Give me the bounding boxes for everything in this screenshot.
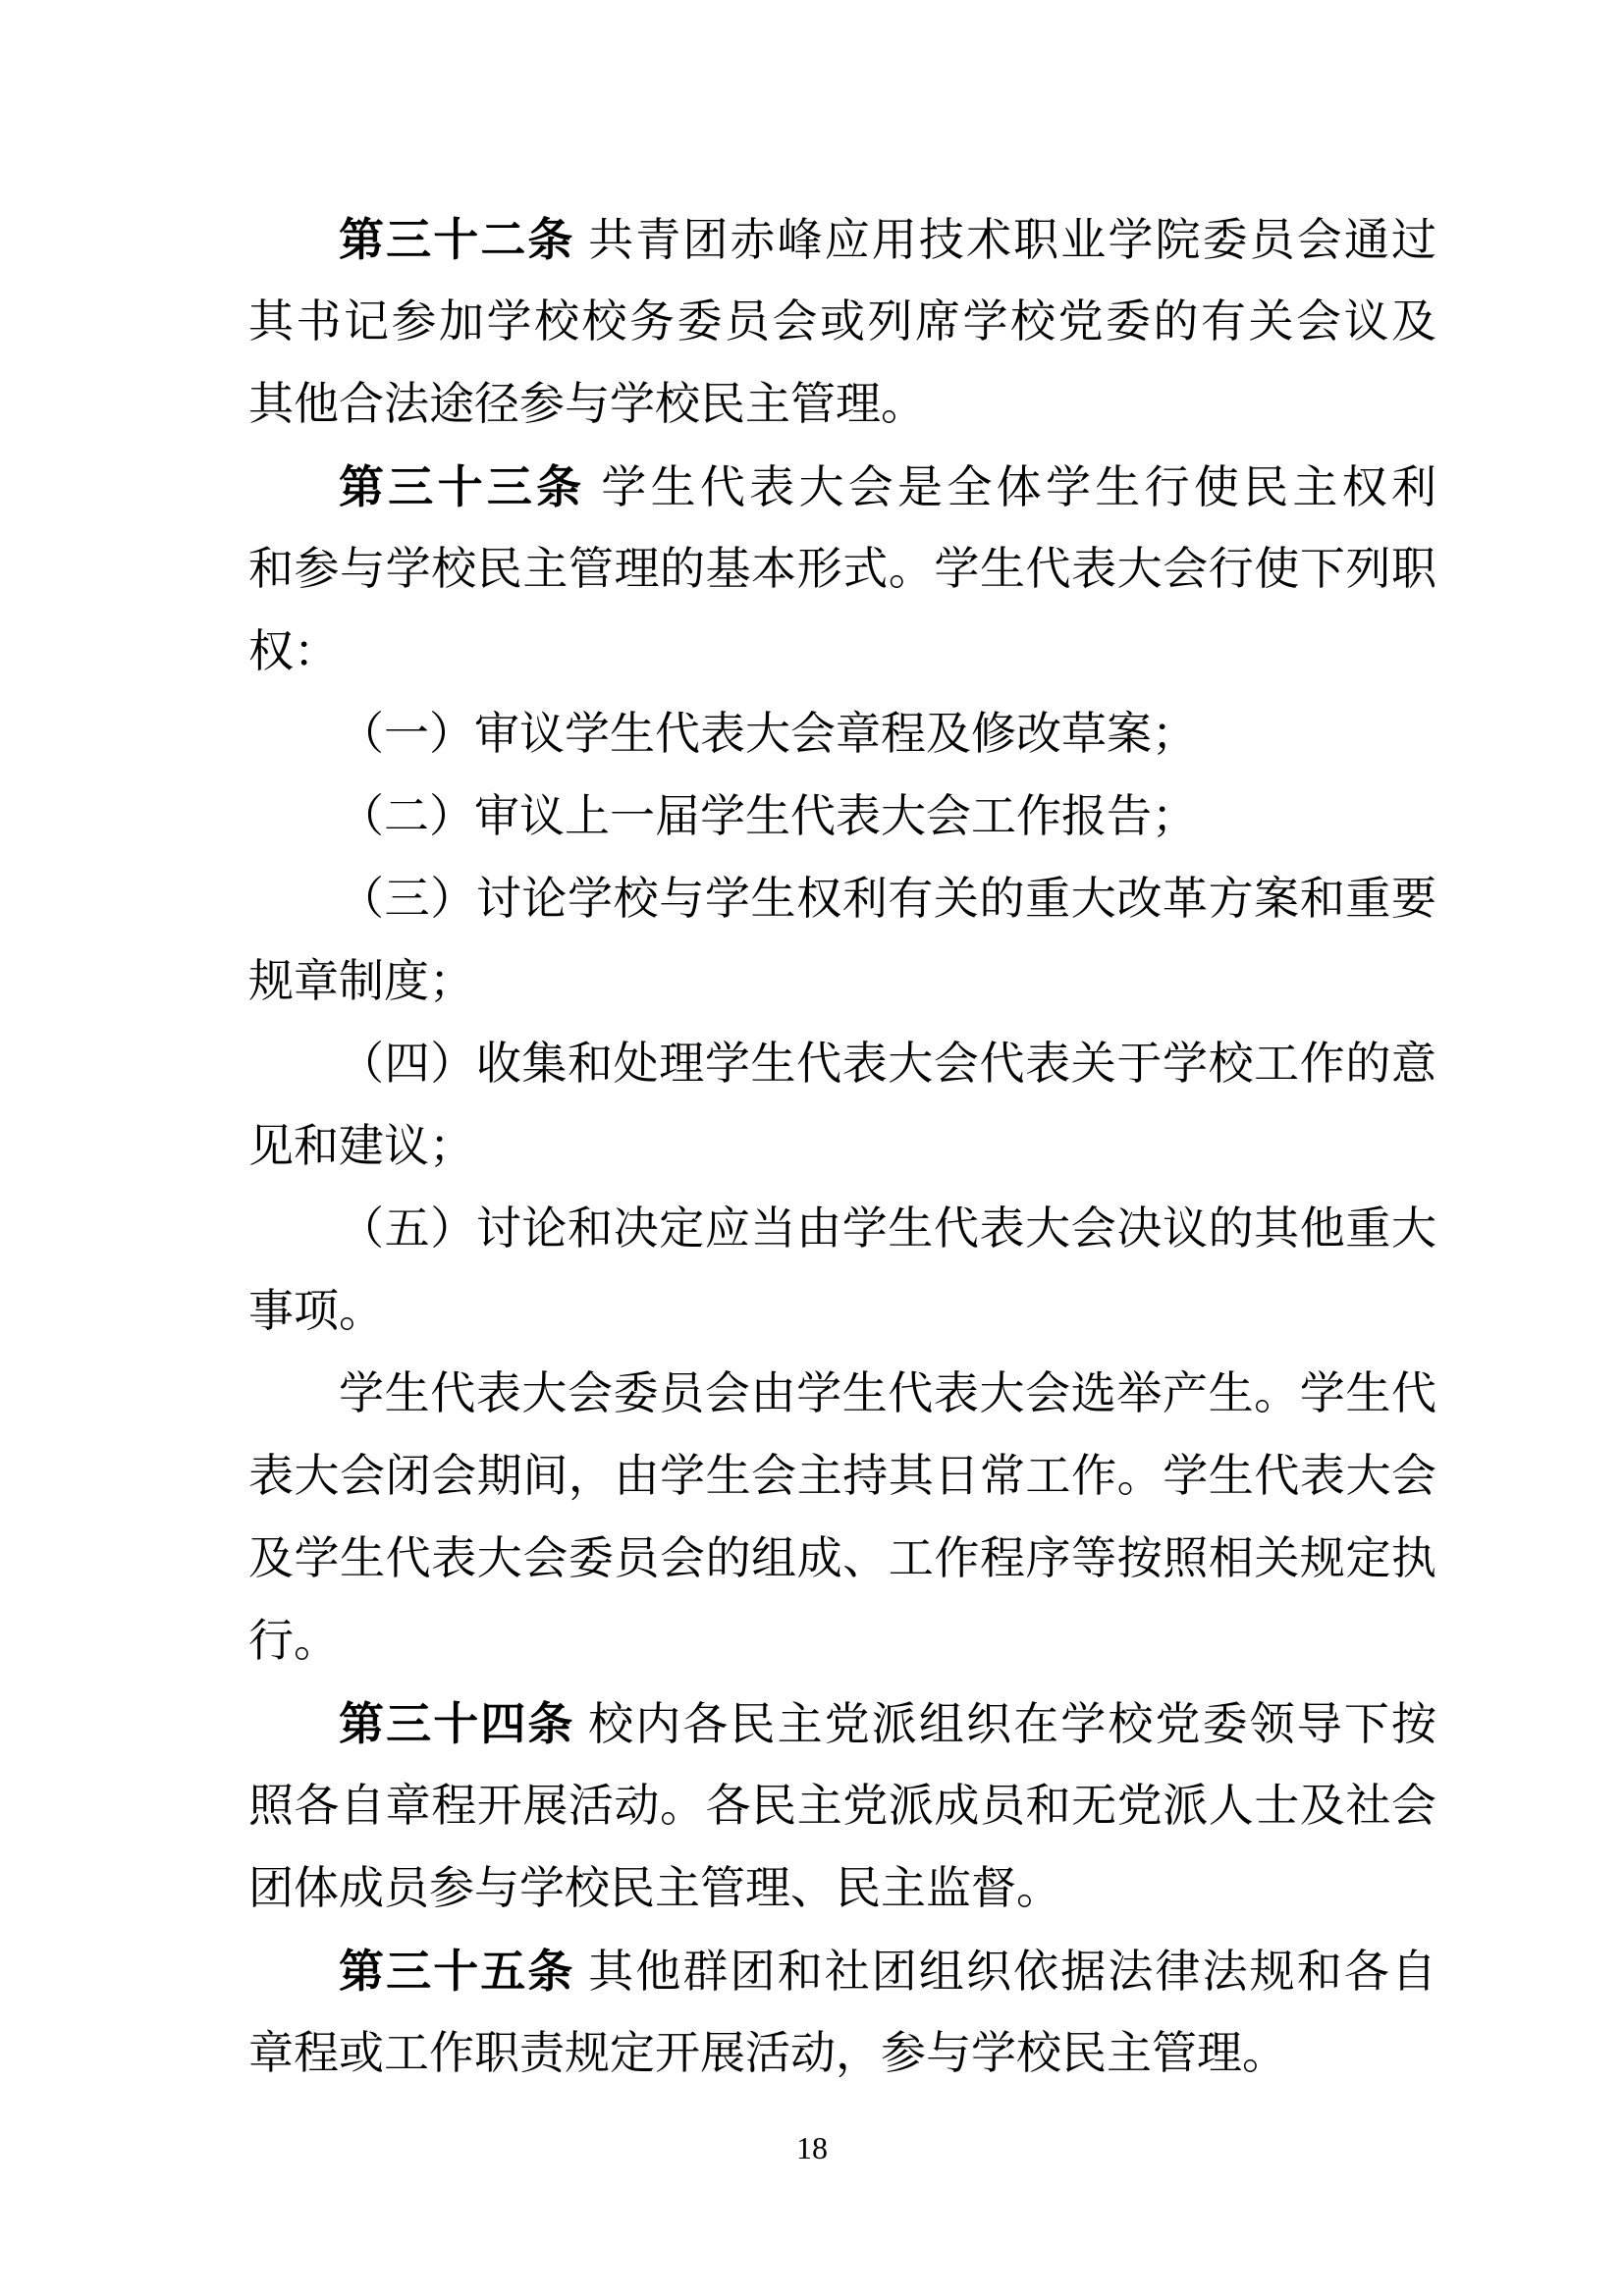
body-text: 学生代表大会委员会由学生代表大会选举产生。学生代 xyxy=(339,1368,1436,1418)
body-text: 见和建议； xyxy=(248,1121,474,1171)
body-text: 规章制度； xyxy=(248,956,474,1006)
body-text: 照各自章程开展活动。各民主党派成员和无党派人士及社会 xyxy=(248,1781,1436,1831)
text-line: 表大会闭会期间，由学生会主持其日常工作。学生代表大会 xyxy=(248,1435,1436,1518)
text-line: 行。 xyxy=(248,1600,1436,1682)
text-line: （二）审议上一届学生代表大会工作报告； xyxy=(248,775,1436,858)
text-line: （三）讨论学校与学生权利有关的重大改革方案和重要 xyxy=(248,858,1436,940)
text-body: 第三十二条 共青团赤峰应用技术职业学院委员会通过其书记参加学校校务委员会或列席学… xyxy=(248,0,1436,2095)
body-text: 章程或工作职责规定开展活动，参与学校民主管理。 xyxy=(248,2028,1287,2078)
text-line: （一）审议学生代表大会章程及修改草案； xyxy=(248,693,1436,775)
body-text: 事项。 xyxy=(248,1286,384,1336)
text-line: 章程或工作职责规定开展活动，参与学校民主管理。 xyxy=(248,2012,1436,2095)
text-line: 见和建议； xyxy=(248,1105,1436,1188)
text-line: 和参与学校民主管理的基本形式。学生代表大会行使下列职 xyxy=(248,528,1436,611)
text-line: 照各自章程开展活动。各民主党派成员和无党派人士及社会 xyxy=(248,1765,1436,1847)
body-text: 其书记参加学校校务委员会或列席学校党委的有关会议及 xyxy=(248,296,1436,347)
body-text: 共青团赤峰应用技术职业学院委员会通过 xyxy=(575,215,1436,265)
text-line: 第三十三条 学生代表大会是全体学生行使民主权利 xyxy=(248,446,1436,528)
body-text: 行。 xyxy=(248,1616,339,1666)
article-heading: 第三十四条 xyxy=(339,1698,575,1749)
article-heading: 第三十五条 xyxy=(339,1946,575,1997)
body-text: （二）审议上一届学生代表大会工作报告； xyxy=(339,791,1197,841)
body-text: 表大会闭会期间，由学生会主持其日常工作。学生代表大会 xyxy=(248,1451,1436,1501)
body-text: 权： xyxy=(248,626,339,676)
article-heading: 第三十二条 xyxy=(339,214,575,265)
document-page: 第三十二条 共青团赤峰应用技术职业学院委员会通过其书记参加学校校务委员会或列席学… xyxy=(0,0,1624,2296)
text-line: 团体成员参与学校民主管理、民主监督。 xyxy=(248,1847,1436,1930)
text-line: （五）讨论和决定应当由学生代表大会决议的其他重大 xyxy=(248,1188,1436,1270)
body-text: （五）讨论和决定应当由学生代表大会决议的其他重大 xyxy=(339,1203,1436,1254)
body-text: 和参与学校民主管理的基本形式。学生代表大会行使下列职 xyxy=(248,544,1436,594)
body-text: 校内各民主党派组织在学校党委领导下按 xyxy=(575,1699,1436,1749)
text-line: 权： xyxy=(248,611,1436,693)
body-text: 其他群团和社团组织依据法律法规和各自 xyxy=(575,1947,1436,1997)
page-number: 18 xyxy=(0,2132,1624,2163)
text-line: 学生代表大会委员会由学生代表大会选举产生。学生代 xyxy=(248,1353,1436,1435)
text-line: 第三十二条 共青团赤峰应用技术职业学院委员会通过 xyxy=(248,198,1436,281)
text-line: 第三十五条 其他群团和社团组织依据法律法规和各自 xyxy=(248,1930,1436,2012)
article-heading: 第三十三条 xyxy=(339,461,585,512)
text-line: 事项。 xyxy=(248,1270,1436,1353)
text-line: 第三十四条 校内各民主党派组织在学校党委领导下按 xyxy=(248,1682,1436,1765)
text-line: 其书记参加学校校务委员会或列席学校党委的有关会议及 xyxy=(248,281,1436,363)
body-text: 其他合法途径参与学校民主管理。 xyxy=(248,379,926,429)
body-text: （三）讨论学校与学生权利有关的重大改革方案和重要 xyxy=(339,874,1436,924)
text-line: 规章制度； xyxy=(248,940,1436,1023)
text-line: 其他合法途径参与学校民主管理。 xyxy=(248,363,1436,446)
body-text: （一）审议学生代表大会章程及修改草案； xyxy=(339,709,1197,759)
text-line: （四）收集和处理学生代表大会代表关于学校工作的意 xyxy=(248,1023,1436,1105)
body-text: 学生代表大会是全体学生行使民主权利 xyxy=(585,462,1436,512)
body-text: （四）收集和处理学生代表大会代表关于学校工作的意 xyxy=(339,1039,1436,1089)
text-line: 及学生代表大会委员会的组成、工作程序等按照相关规定执 xyxy=(248,1518,1436,1600)
body-text: 团体成员参与学校民主管理、民主监督。 xyxy=(248,1863,1061,1913)
body-text: 及学生代表大会委员会的组成、工作程序等按照相关规定执 xyxy=(248,1533,1436,1583)
